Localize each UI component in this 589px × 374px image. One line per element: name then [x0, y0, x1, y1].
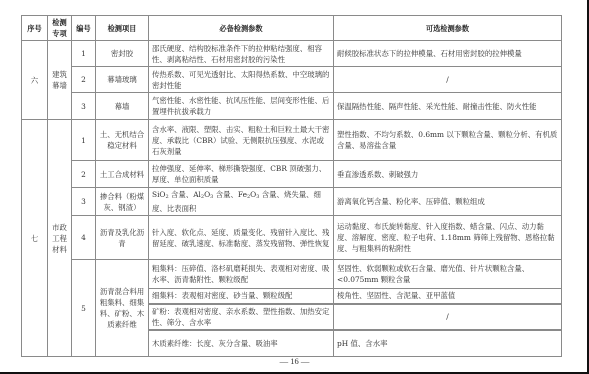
- optional-params: 游离氧化钙含量、粉化率、压碎值、颗粒组成: [334, 188, 562, 216]
- table-row: 3 掺合料（粉煤灰、钢渣） SiO2 含量、Al2O3 含量、Fe2O3 含量、…: [22, 188, 562, 216]
- item-no: 2: [72, 161, 96, 188]
- item-name: 土、无机结合稳定材料: [96, 120, 149, 161]
- header-optional-params: 可选检测参数: [334, 16, 562, 41]
- inspection-parameters-table: 序号 检测专项 编号 检测项目 必备检测参数 可选检测参数 六 建筑幕墙 1 密…: [21, 15, 562, 357]
- required-params: 传热系数、可见光透射比、太阳得热系数、中空玻璃的密封性能: [149, 67, 334, 93]
- required-params: 木质素纤维：长度、灰分含量、吸油率: [149, 330, 334, 357]
- required-params: 粗集料：压碎值、洛杉矶磨耗损失、表观相对密度、吸水率、沥青黏附性、颗粒级配: [149, 260, 334, 289]
- optional-params: 保温隔热性能、隔声性能、采光性能、耐撞击性能、防火性能: [334, 93, 562, 120]
- table-row: 六 建筑幕墙 1 密封胶 邵氏硬度、结构胶标准条件下的拉伸粘结强度、相容性、剥离…: [22, 41, 562, 67]
- required-params: 邵氏硬度、结构胶标准条件下的拉伸粘结强度、相容性、剥离粘结性、石材用密封胶的污染…: [149, 41, 334, 67]
- required-params: 含水率、液限、塑限、击实、粗粒土和巨粒土最大干密度、承载比（CBR）试验、无侧限…: [149, 120, 334, 161]
- item-no: 3: [72, 93, 96, 120]
- item-name: 幕墙玻璃: [96, 67, 149, 93]
- item-no: 5: [72, 260, 96, 357]
- header-category: 检测专项: [48, 16, 72, 41]
- table-row: 2 土工合成材料 拉伸强度、延伸率、梯形撕裂强度、CBR 顶破强力、厚度、单位面…: [22, 161, 562, 188]
- optional-params: 垂直渗透系数、刺破强力: [334, 161, 562, 188]
- item-name: 幕墙: [96, 93, 149, 120]
- required-params: SiO2 含量、Al2O3 含量、Fe2O3 含量、烧失量、细度、比表面积: [149, 188, 334, 216]
- header-no: 编号: [72, 16, 96, 41]
- item-name: 土工合成材料: [96, 161, 149, 188]
- table-row: 七 市政工程材料 1 土、无机结合稳定材料 含水率、液限、塑限、击实、粗粒土和巨…: [22, 120, 562, 161]
- table-header-row: 序号 检测专项 编号 检测项目 必备检测参数 可选检测参数: [22, 16, 562, 41]
- optional-params: 运动黏度、布氏旋转黏度、针入度指数、蜡含量、闪点、动力黏度、溶解度、密度、粒子电…: [334, 216, 562, 260]
- optional-params: 耐候胶标准状态下的拉伸模量、石材用密封胶的拉伸模量: [334, 41, 562, 67]
- item-no: 3: [72, 188, 96, 216]
- item-no: 2: [72, 67, 96, 93]
- table-row: 5 沥青混合料用粗集料、细集料、矿粉、木质素纤维 粗集料：压碎值、洛杉矶磨耗损失…: [22, 260, 562, 289]
- required-params: 针入度、软化点、延度、质量变化、残留针入度比、残留延度、破乳速度、标准黏度、蒸发…: [149, 216, 334, 260]
- header-item: 检测项目: [96, 16, 149, 41]
- group-category: 市政工程材料: [48, 120, 72, 357]
- required-params: 细集料：表观相对密度、砂当量、颗粒级配: [149, 289, 334, 304]
- optional-params: pH 值、含水率: [334, 330, 562, 357]
- header-seq: 序号: [22, 16, 48, 41]
- required-params: 矿粉：表观相对密度、亲水系数、塑性指数、加热安定性、筛分、含水率: [149, 304, 334, 330]
- header-required-params: 必备检测参数: [149, 16, 334, 41]
- optional-params: /: [334, 304, 562, 330]
- item-no: 4: [72, 216, 96, 260]
- page-number: — 16 —: [0, 356, 589, 366]
- optional-params: 棱角性、坚固性、含泥量、亚甲蓝值: [334, 289, 562, 304]
- item-name: 沥青混合料用粗集料、细集料、矿粉、木质素纤维: [96, 260, 149, 357]
- optional-params: 塑性指数、不均匀系数、0.6mm 以下颗粒含量、颗粒分析、有机质含量、易溶盐含量: [334, 120, 562, 161]
- group-seq: 七: [22, 120, 48, 357]
- table-row: 3 幕墙 气密性能、水密性能、抗风压性能、层间变形性能、后置埋件抗拔承载力 保温…: [22, 93, 562, 120]
- table-row: 2 幕墙玻璃 传热系数、可见光透射比、太阳得热系数、中空玻璃的密封性能 /: [22, 67, 562, 93]
- required-params: 拉伸强度、延伸率、梯形撕裂强度、CBR 顶破强力、厚度、单位面积质量: [149, 161, 334, 188]
- item-no: 1: [72, 120, 96, 161]
- item-name: 密封胶: [96, 41, 149, 67]
- item-name: 掺合料（粉煤灰、钢渣）: [96, 188, 149, 216]
- required-params: 气密性能、水密性能、抗风压性能、层间变形性能、后置埋件抗拔承载力: [149, 93, 334, 120]
- optional-params: 坚固性、软弱颗粒或软石含量、磨光值、针片状颗粒含量、<0.075mm 颗粒含量: [334, 260, 562, 289]
- item-no: 1: [72, 41, 96, 67]
- group-seq: 六: [22, 41, 48, 120]
- table-row: 4 沥青及乳化沥青 针入度、软化点、延度、质量变化、残留针入度比、残留延度、破乳…: [22, 216, 562, 260]
- item-name: 沥青及乳化沥青: [96, 216, 149, 260]
- optional-params: /: [334, 67, 562, 93]
- group-category: 建筑幕墙: [48, 41, 72, 120]
